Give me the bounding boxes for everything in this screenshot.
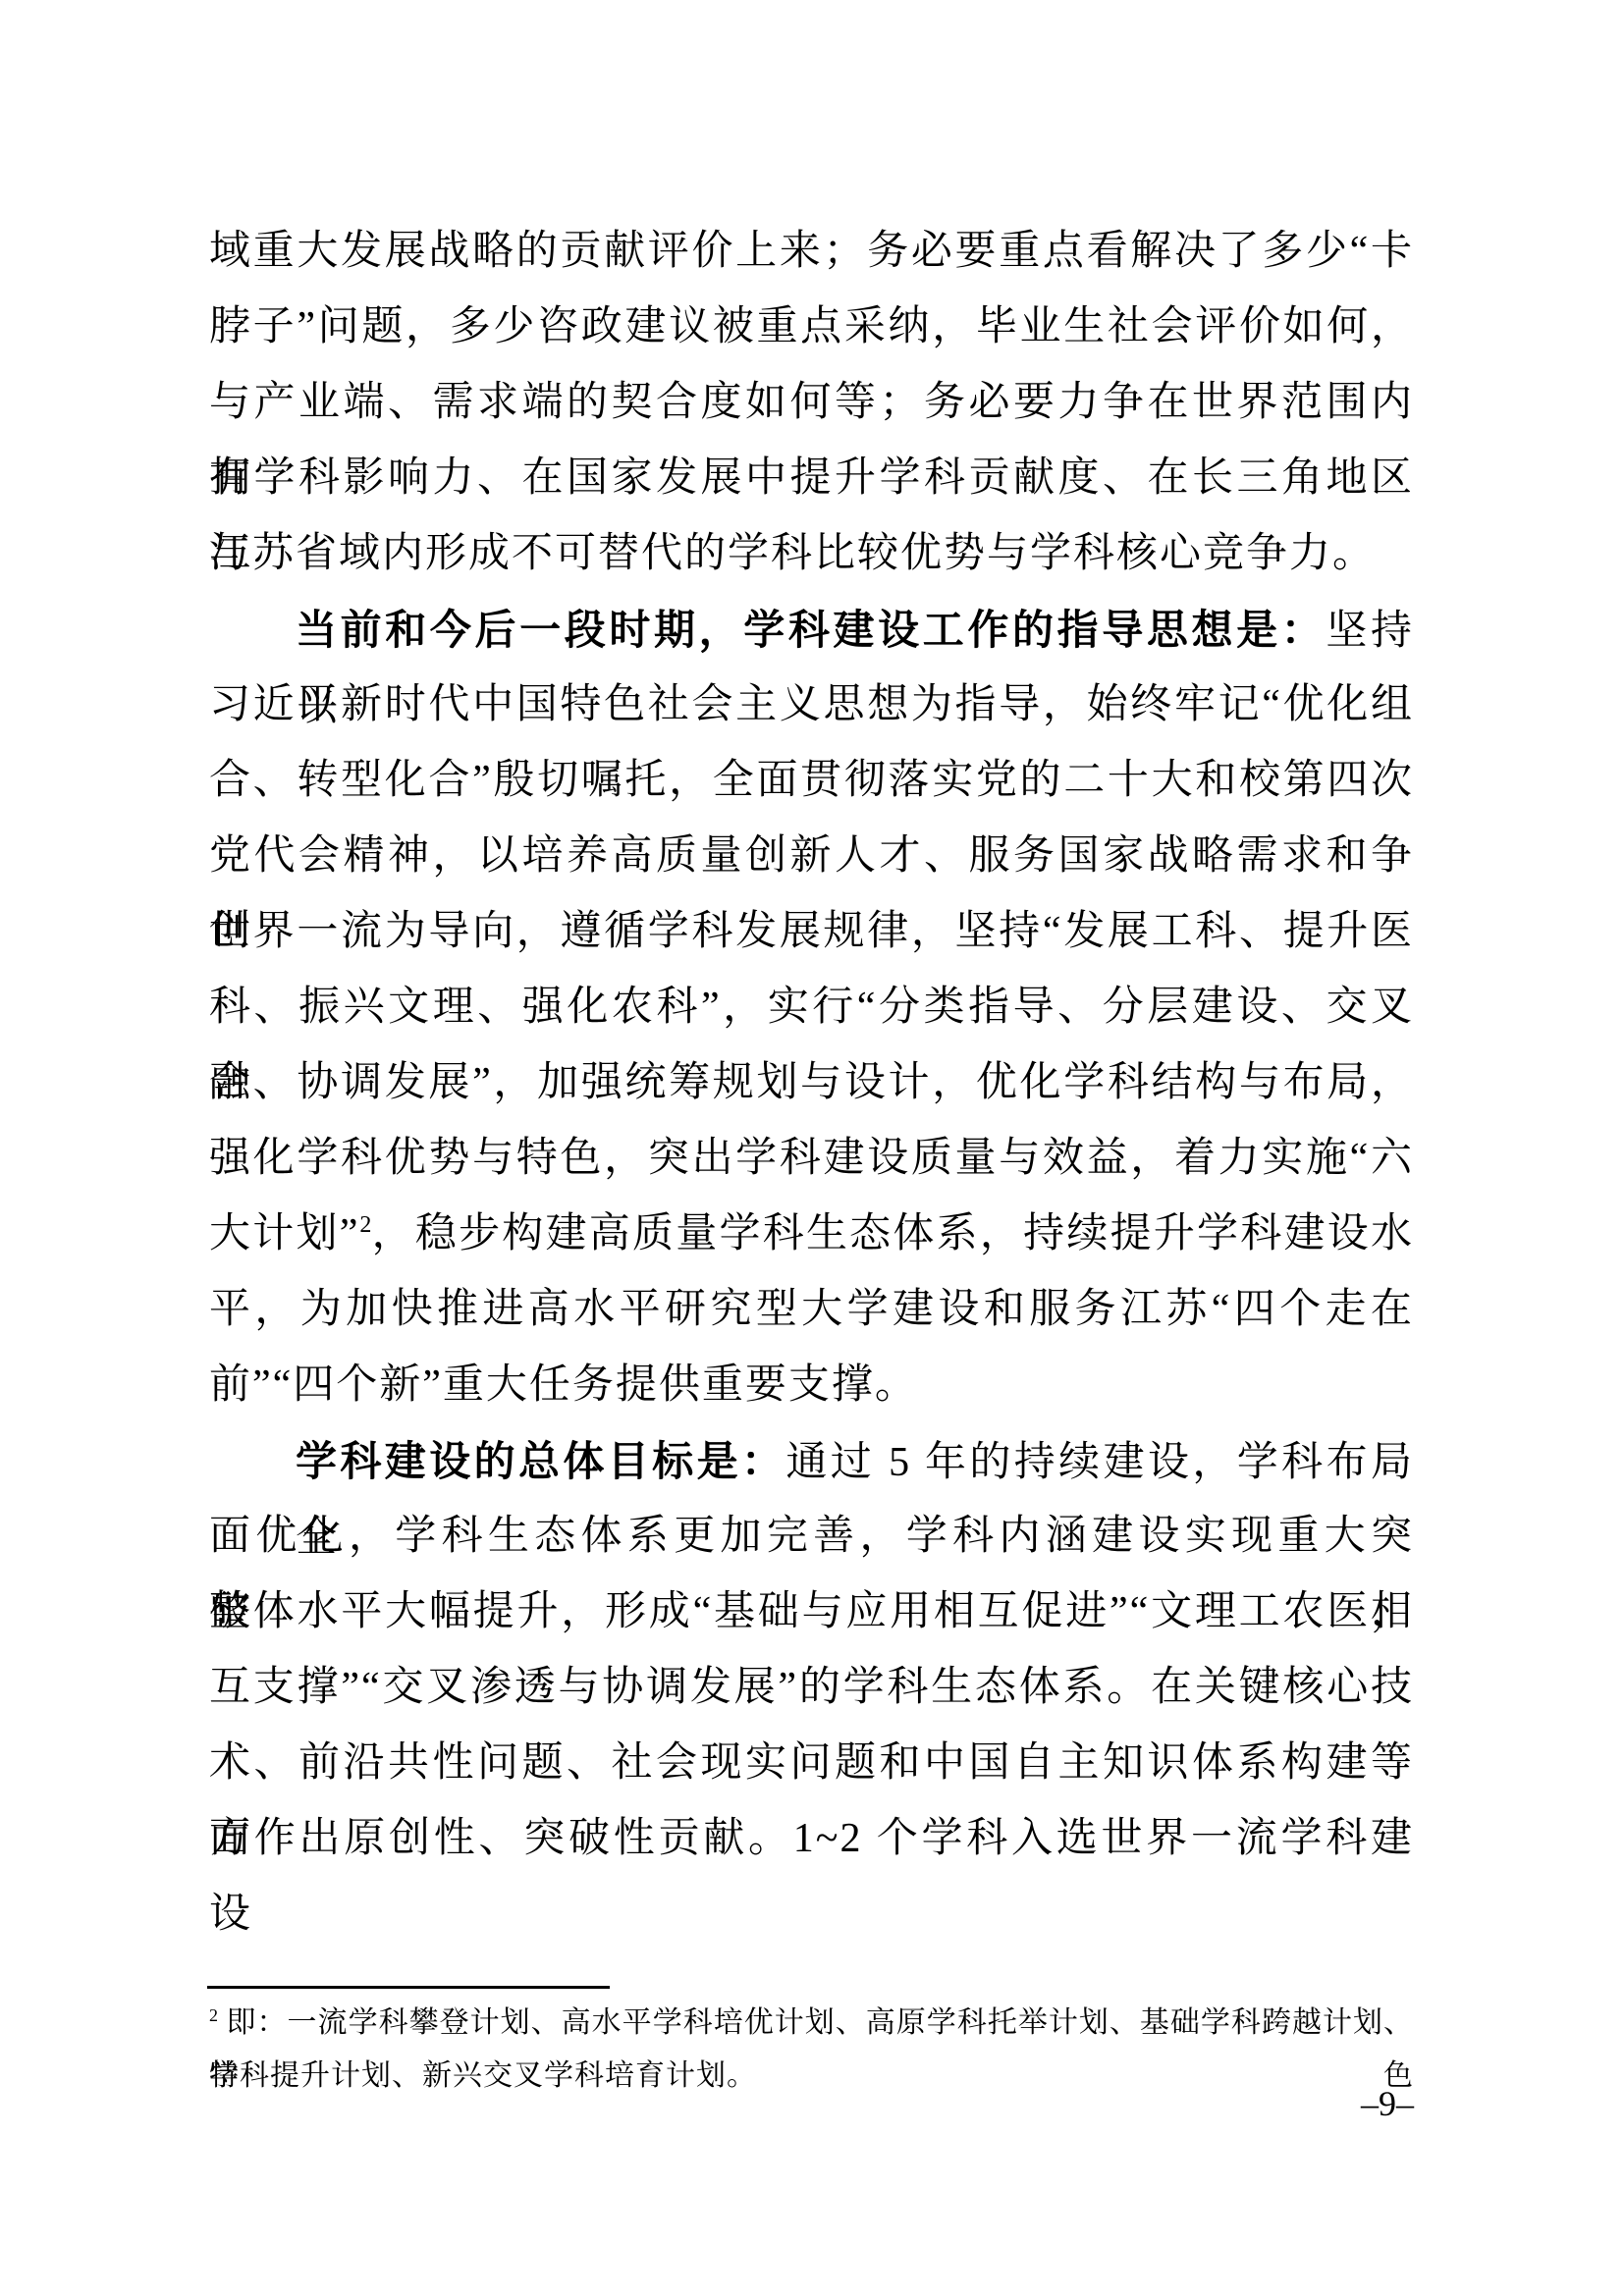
footnote-block: 2 即：一流学科攀登计划、高水平学科培优计划、高原学科托举计划、基础学科跨越计划… xyxy=(209,1997,1414,2103)
text-line: 科、振兴文理、强化农科”，实行“分类指导、分层建设、交叉融 xyxy=(209,970,1414,1045)
body-text: 世界一流为导向，遵循学科发展规律，坚持“发展工科、提升医 xyxy=(209,909,1414,954)
body-text: 域重大发展战略的贡献评价上来；务必要重点看解决了多少“卡 xyxy=(209,229,1414,274)
body-text: 学科提升计划、新兴交叉学科培育计划。 xyxy=(209,2059,757,2092)
text-line: 术、前沿共性问题、社会现实问题和中国自主知识体系构建等方 xyxy=(209,1726,1414,1801)
body-text: 合、协调发展”，加强统筹规划与设计，优化学科结构与布局， xyxy=(209,1060,1414,1105)
bold-leadin-text: 当前和今后一段时期，学科建设工作的指导思想是： xyxy=(296,607,1326,653)
footnote-reference: 2 xyxy=(359,1212,371,1238)
footnote-separator-line xyxy=(207,1986,610,1989)
text-line: 域重大发展战略的贡献评价上来；务必要重点看解决了多少“卡 xyxy=(209,214,1414,290)
body-text: 面作出原创性、突破性贡献。1~2 个学科入选世界一流学科建设 xyxy=(209,1816,1414,1937)
text-line: 2 即：一流学科攀登计划、高水平学科培优计划、高原学科托举计划、基础学科跨越计划… xyxy=(209,1997,1414,2050)
body-text: 江苏省域内形成不可替代的学科比较优势与学科核心竞争力。 xyxy=(209,531,1376,576)
body-text: 大计划” xyxy=(209,1211,359,1256)
para-overall-goal: 学科建设的总体目标是：通过 5 年的持续建设，学科布局全面优化，学科生态体系更加… xyxy=(209,1423,1414,1877)
text-line: 当前和今后一段时期，学科建设工作的指导思想是：坚持以 xyxy=(209,592,1414,667)
body-text: 平，为加快推进高水平研究型大学建设和服务江苏“四个走在 xyxy=(209,1287,1414,1332)
text-line: 江苏省域内形成不可替代的学科比较优势与学科核心竞争力。 xyxy=(209,516,1414,592)
text-line: 面作出原创性、突破性贡献。1~2 个学科入选世界一流学科建设 xyxy=(209,1801,1414,1877)
body-text: 习近平新时代中国特色社会主义思想为指导，始终牢记“优化组 xyxy=(209,682,1414,727)
text-line: 面优化，学科生态体系更加完善，学科内涵建设实现重大突破， xyxy=(209,1499,1414,1575)
para-continuation-evaluation: 域重大发展战略的贡献评价上来；务必要重点看解决了多少“卡脖子”问题，多少咨政建议… xyxy=(209,214,1414,592)
text-line: 与产业端、需求端的契合度如何等；务必要力争在世界范围内拥 xyxy=(209,365,1414,441)
body-text: 互支撑”“交叉渗透与协调发展”的学科生态体系。在关键核心技 xyxy=(209,1665,1414,1710)
body-text: 脖子”问题，多少咨政建议被重点采纳，毕业生社会评价如何， xyxy=(209,304,1414,349)
document-page: 域重大发展战略的贡献评价上来；务必要重点看解决了多少“卡脖子”问题，多少咨政建议… xyxy=(0,0,1624,2296)
body-text: 整体水平大幅提升，形成“基础与应用相互促进”“文理工农医相 xyxy=(209,1589,1414,1634)
body-text: 前”“四个新”重大任务提供重要支撑。 xyxy=(209,1362,918,1408)
text-line: 合、协调发展”，加强统筹规划与设计，优化学科结构与布局， xyxy=(209,1045,1414,1121)
text-line: 学科建设的总体目标是：通过 5 年的持续建设，学科布局全 xyxy=(209,1423,1414,1499)
text-line: 平，为加快推进高水平研究型大学建设和服务江苏“四个走在 xyxy=(209,1272,1414,1348)
text-line: 习近平新时代中国特色社会主义思想为指导，始终牢记“优化组 xyxy=(209,667,1414,743)
text-line: 整体水平大幅提升，形成“基础与应用相互促进”“文理工农医相 xyxy=(209,1575,1414,1650)
text-line: 合、转型化合”殷切嘱托，全面贯彻落实党的二十大和校第四次 xyxy=(209,743,1414,819)
body-text: ，稳步构建高质量学科生态体系，持续提升学科建设水 xyxy=(371,1211,1414,1256)
footnote-reference: 2 xyxy=(209,2005,218,2025)
body-text: 合、转型化合”殷切嘱托，全面贯彻落实党的二十大和校第四次 xyxy=(209,758,1414,803)
text-line: 有学科影响力、在国家发展中提升学科贡献度、在长三角地区与 xyxy=(209,441,1414,516)
text-line: 前”“四个新”重大任务提供重要支撑。 xyxy=(209,1348,1414,1423)
text-line: 互支撑”“交叉渗透与协调发展”的学科生态体系。在关键核心技 xyxy=(209,1650,1414,1726)
bold-leadin-text: 学科建设的总体目标是： xyxy=(296,1438,785,1484)
main-text-block: 域重大发展战略的贡献评价上来；务必要重点看解决了多少“卡脖子”问题，多少咨政建议… xyxy=(209,214,1414,1877)
text-line: 脖子”问题，多少咨政建议被重点采纳，毕业生社会评价如何， xyxy=(209,290,1414,365)
page-number: –9– xyxy=(1361,2079,1414,2128)
para-guiding-ideology: 当前和今后一段时期，学科建设工作的指导思想是：坚持以习近平新时代中国特色社会主义… xyxy=(209,592,1414,1423)
text-line: 大计划”2，稳步构建高质量学科生态体系，持续提升学科建设水 xyxy=(209,1197,1414,1272)
text-line: 强化学科优势与特色，突出学科建设质量与效益，着力实施“六 xyxy=(209,1121,1414,1197)
body-text: 强化学科优势与特色，突出学科建设质量与效益，着力实施“六 xyxy=(209,1136,1414,1181)
text-line: 世界一流为导向，遵循学科发展规律，坚持“发展工科、提升医 xyxy=(209,894,1414,970)
text-line: 党代会精神，以培养高质量创新人才、服务国家战略需求和争创 xyxy=(209,819,1414,894)
